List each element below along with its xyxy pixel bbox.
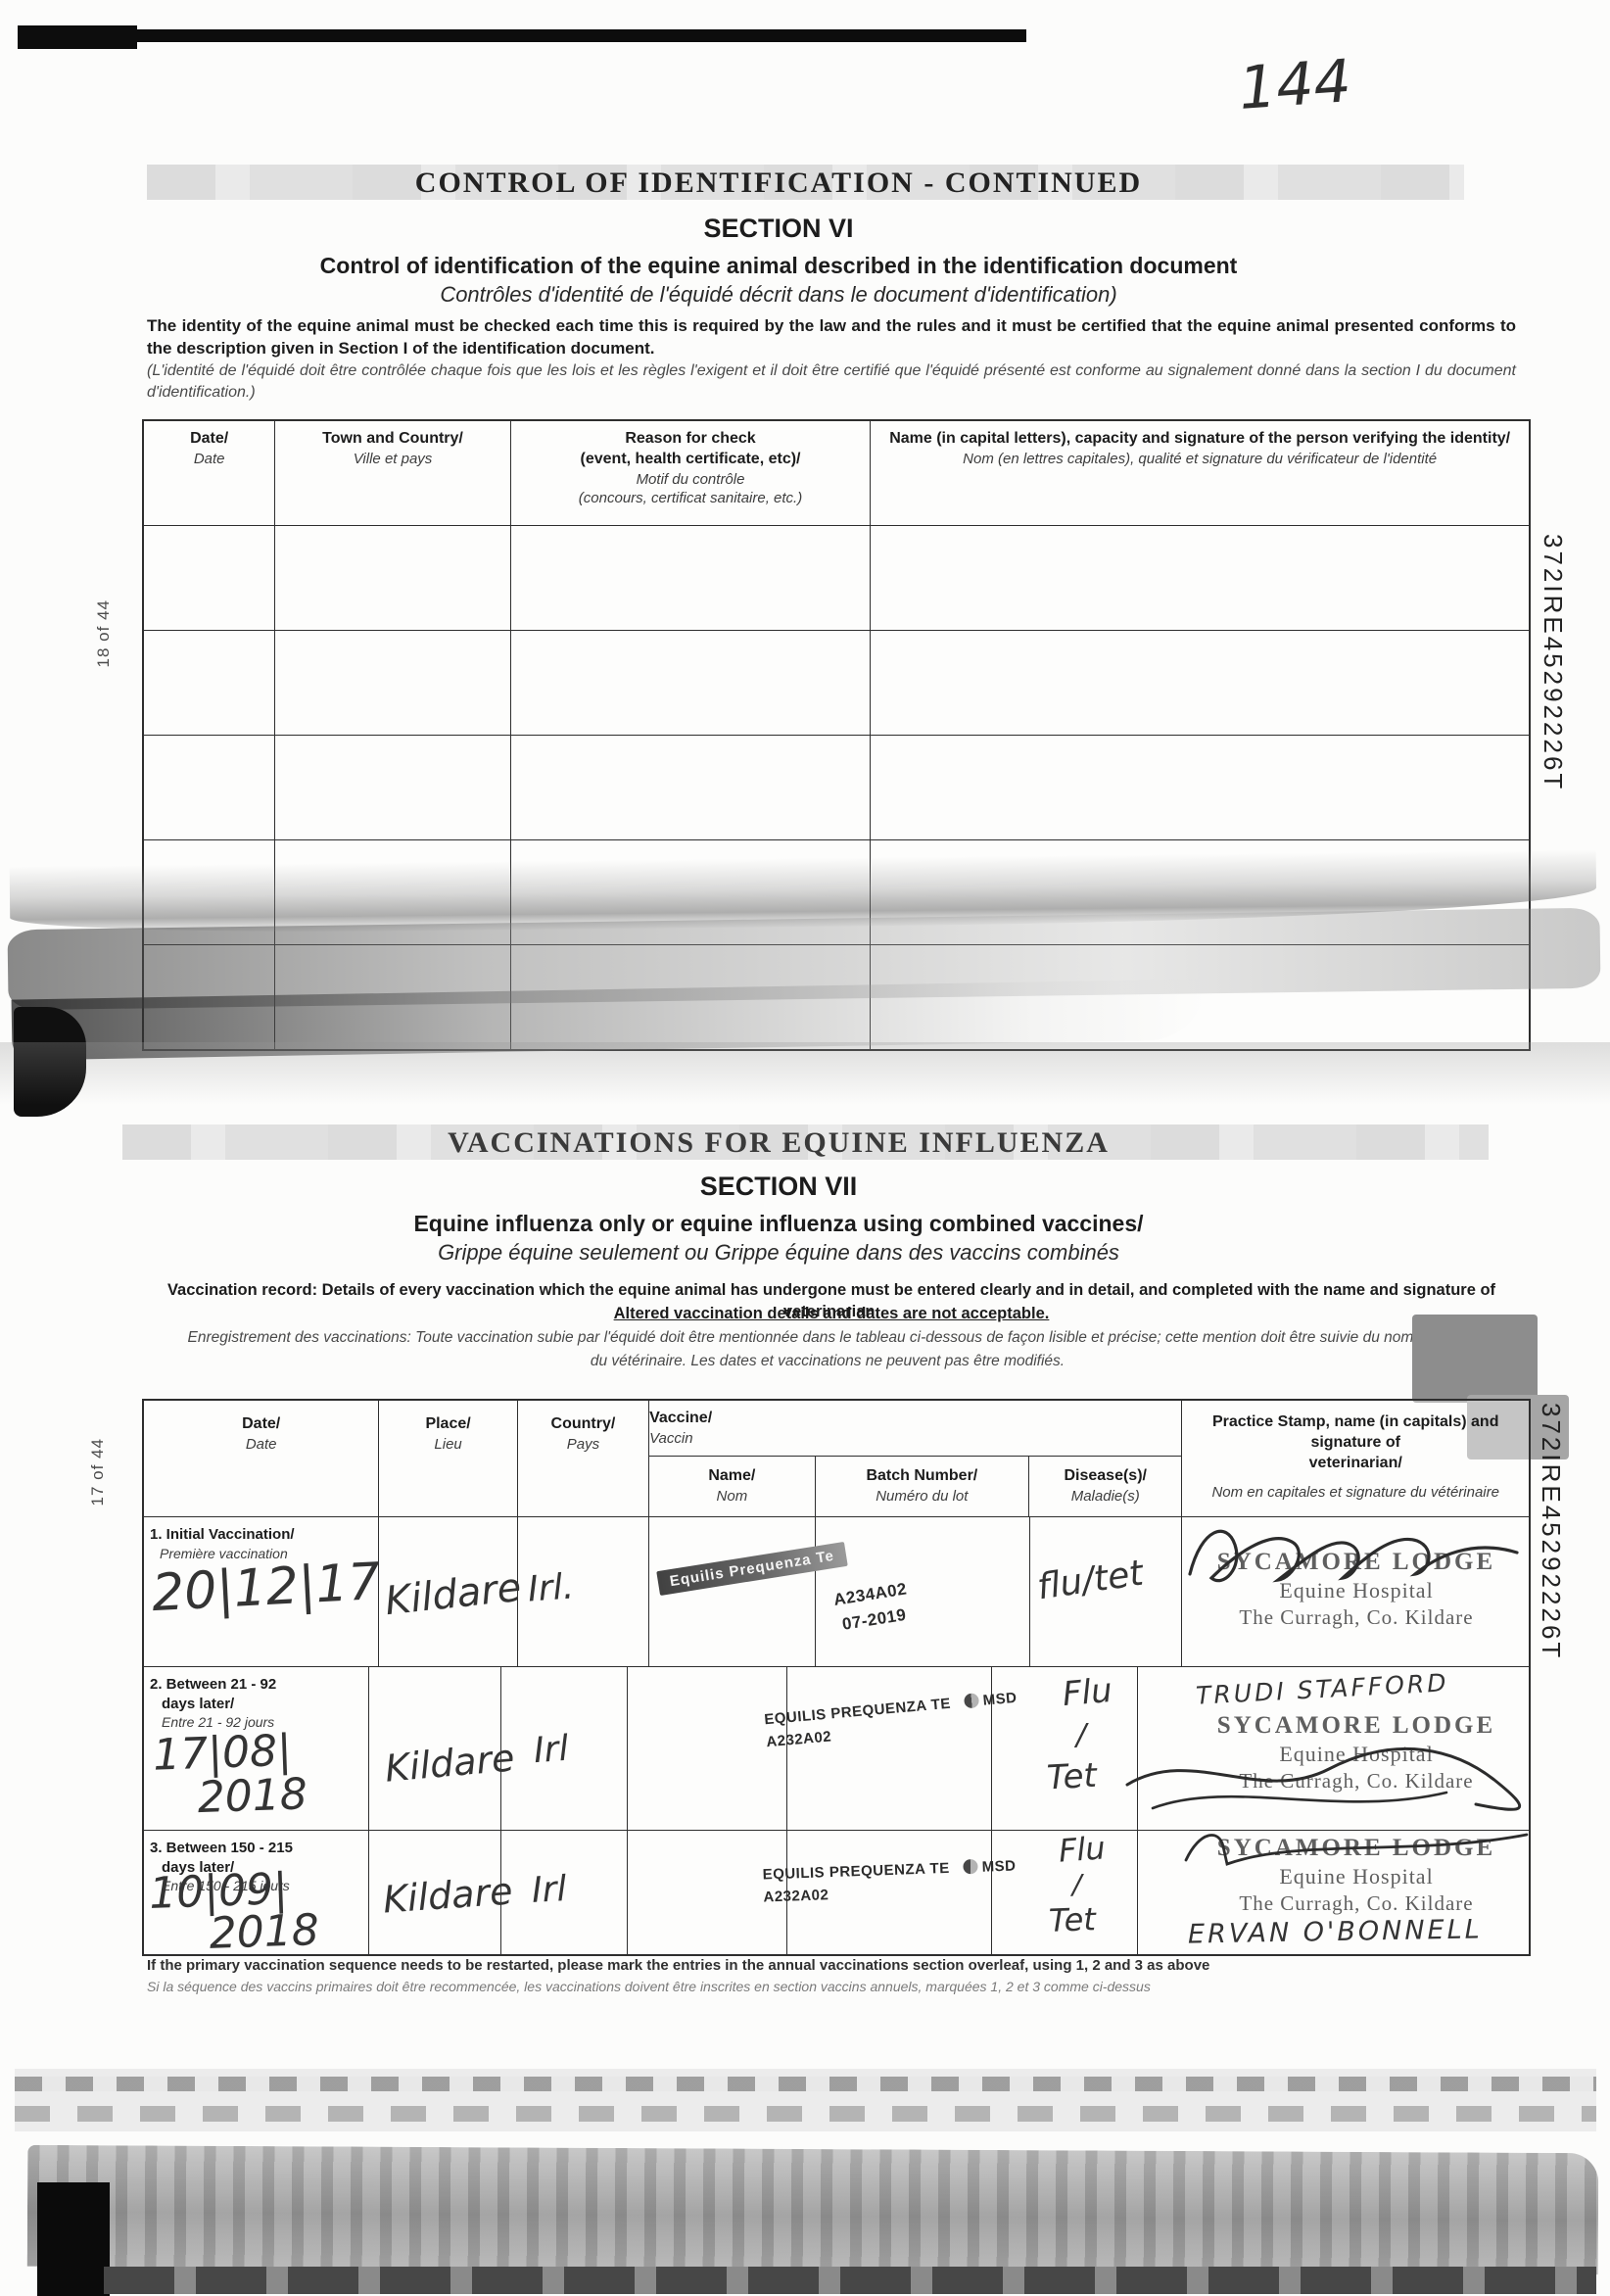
sec6-header-row: Date/ Date Town and Country/ Ville et pa… [144,421,1529,525]
row3-disease-flu: Flu [1058,1829,1107,1869]
sec6-intro-fr: (L'identité de l'équidé doit être contrô… [147,360,1516,403]
sec7-hdr-stamp-en2: veterinarian/ [1188,1454,1523,1474]
row3-vaccine-sticker-text: EQUILIS PREQUENZA TEMSD A232A02 [762,1855,1017,1908]
row3-label-l1: 3. Between 150 - 215 [150,1839,362,1858]
sec7-vaccination-table: Date/ Date Place/ Lieu Country/ Pays Vac… [142,1399,1531,1956]
empty-cell [275,526,510,630]
sec6-hdr-date-fr: Date [150,450,268,469]
empty-cell [871,526,1529,630]
row1-date-handwriting: 20|12|17 [151,1553,382,1623]
empty-cell [144,945,275,1049]
sec6-control-table: Date/ Date Town and Country/ Ville et pa… [142,419,1531,1051]
row2-disease-slash: / [1076,1718,1086,1752]
row2-stamp-line1: SYCAMORE LODGE [1190,1710,1523,1741]
sec6-section-label: SECTION VI [118,214,1440,244]
row3-country-handwriting: Irl [531,1869,568,1911]
empty-cell [511,945,872,1049]
empty-cell [275,736,510,839]
sec7-section-label: SECTION VII [118,1172,1440,1202]
sec6-hdr-date-en: Date/ [150,429,268,450]
sec6-col-town: Town and Country/ Ville et pays [275,421,510,525]
sec6-title-en: Control of identification of the equine … [118,253,1440,279]
sec7-hdr-batch-en: Batch Number/ [822,1466,1022,1487]
empty-cell [871,840,1529,944]
sec7-hdr-batch-fr: Numéro du lot [822,1487,1022,1507]
sec7-hdr-stamp-fr: Nom en capitales et signature du vétérin… [1188,1483,1523,1503]
row3-disease-tet: Tet [1048,1900,1096,1939]
sec6-hdr-reason-l1: Reason for check [517,429,865,450]
sec6-empty-row [144,735,1529,839]
sec7-hdr-place-fr: Lieu [385,1435,510,1455]
sec7-col-name: Name/ Nom [649,1457,816,1516]
row3-stamp-line3: The Curragh, Co. Kildare [1190,1890,1523,1916]
empty-cell [144,526,275,630]
sec7-intro-en-2: Altered vaccination details and dates ar… [147,1303,1516,1324]
row2-practice-stamp: SYCAMORE LODGE Equine Hospital The Curra… [1190,1710,1523,1794]
row2-date-handwriting: 17|08| 2018 [152,1725,308,1824]
sec7-col-place: Place/ Lieu [379,1401,517,1516]
row1-label-en: 1. Initial Vaccination/ [150,1525,372,1545]
sec6-empty-row [144,525,1529,630]
sec7-hdr-date-fr: Date [150,1435,372,1455]
vaccination-row-2: 2. Between 21 - 92 days later/ Entre 21 … [144,1666,1529,1830]
scan-artifact-bottom-strip [104,2267,1596,2294]
row3-msd-label: MSD [981,1857,1016,1875]
vaccination-row-1: 1. Initial Vaccination/ Première vaccina… [144,1516,1529,1666]
row3-disease-slash: / [1072,1868,1081,1900]
row2-label-l1: 2. Between 21 - 92 [150,1675,362,1695]
sec7-intro-fr-2: du vétérinaire. Les dates et vaccination… [147,1352,1508,1372]
row3-stamp-line1: SYCAMORE LODGE [1190,1833,1523,1863]
sec7-hdr-place-en: Place/ [385,1414,510,1435]
sec7-hdr-name-fr: Nom [655,1487,809,1507]
sec6-hdr-reason-l3: Motif du contrôle [517,470,865,490]
sec7-title-fr: Grippe équine seulement ou Grippe équine… [118,1240,1440,1266]
row2-country-handwriting: Irl [533,1729,570,1771]
empty-cell [511,526,872,630]
sec6-side-document-code: 372IRE45292226T [1538,534,1568,791]
sec7-col-country: Country/ Pays [518,1401,649,1516]
sec6-hdr-reason-l4: (concours, certificat sanitaire, etc.) [517,489,865,508]
row3-practice-stamp: SYCAMORE LODGE Equine Hospital The Curra… [1190,1833,1523,1916]
scan-artifact-bottom-band-1 [15,2069,1596,2131]
sec6-empty-row [144,630,1529,735]
msd-logo-icon [964,1693,979,1708]
row1-stamp-line1: SYCAMORE LODGE [1190,1547,1523,1577]
empty-cell [144,631,275,735]
empty-cell [871,631,1529,735]
row2-disease-flu: Flu [1061,1671,1113,1714]
sec6-hdr-town-en: Town and Country/ [281,429,503,450]
row3-vet-name-handwriting: ERVAN O'BONNELL [1188,1914,1483,1949]
vaccination-row-3: 3. Between 150 - 215 days later/ Entre 1… [144,1830,1529,1954]
sec7-banner-title: VACCINATIONS FOR EQUINE INFLUENZA [118,1126,1440,1160]
row1-stamp-line2: Equine Hospital [1190,1577,1523,1604]
scan-artifact-bottom-band-2 [27,2145,1599,2274]
row1-practice-stamp: SYCAMORE LODGE Equine Hospital The Curra… [1190,1547,1523,1630]
empty-cell [871,945,1529,1049]
row1-country-handwriting: Irl. [527,1566,576,1609]
sec6-empty-row [144,944,1529,1049]
row3-date-handwriting: 10|09| 2018 [148,1863,319,1961]
scan-artifact-curl-fade [0,1042,1610,1105]
sec7-hdr-country-en: Country/ [524,1414,642,1435]
row2-stamp-line3: The Curragh, Co. Kildare [1190,1768,1523,1794]
sec6-banner-title: CONTROL OF IDENTIFICATION - CONTINUED [118,167,1440,200]
sec7-intro-fr-1: Enregistrement des vaccinations: Toute v… [147,1328,1508,1349]
empty-cell [275,840,510,944]
sec6-hdr-name-en: Name (in capital letters), capacity and … [876,429,1523,450]
empty-cell [511,631,872,735]
sec7-side-page-indicator: 17 of 44 [88,1438,108,1506]
sec6-side-page-indicator: 18 of 44 [94,599,114,667]
row2-vaccine-name-cell [628,1667,786,1830]
sec7-hdr-date-en: Date/ [150,1414,372,1435]
row2-stamp-line2: Equine Hospital [1190,1741,1523,1768]
sec7-col-date: Date/ Date [144,1401,379,1516]
sec7-col-batch: Batch Number/ Numéro du lot [816,1457,1029,1516]
sec7-col-stamp: Practice Stamp, name (in capitals) and s… [1182,1401,1529,1516]
sec7-hdr-stamp-en: Practice Stamp, name (in capitals) and s… [1188,1412,1523,1454]
row3-stamp-line2: Equine Hospital [1190,1863,1523,1890]
sec7-hdr-vaccine-en: Vaccine/ [649,1409,1181,1429]
sec7-header-row: Date/ Date Place/ Lieu Country/ Pays Vac… [144,1401,1529,1516]
sec7-footnote-en: If the primary vaccination sequence need… [147,1957,1420,1974]
msd-logo-icon [963,1859,978,1875]
sec7-hdr-disease-fr: Maladie(s) [1035,1487,1175,1507]
scan-artifact-top-bar [18,29,1026,42]
sec7-hdr-name-en: Name/ [655,1466,809,1487]
sec7-hdr-vaccine-fr: Vaccin [649,1429,1181,1449]
scan-artifact-curl-black [14,1007,86,1117]
sec7-side-document-code: 372IRE45292226T [1536,1403,1566,1660]
empty-cell [275,631,510,735]
sec6-intro-en: The identity of the equine animal must b… [147,315,1516,360]
sec6-title-fr: Contrôles d'identité de l'équidé décrit … [118,282,1440,308]
empty-cell [144,736,275,839]
handwritten-page-number: 144 [1237,47,1353,123]
sec7-vaccine-subheaders: Name/ Nom Batch Number/ Numéro du lot Di… [649,1457,1181,1516]
sec7-hdr-country-fr: Pays [524,1435,642,1455]
empty-cell [275,945,510,1049]
sec7-hdr-disease-en: Disease(s)/ [1035,1466,1175,1487]
sec7-footnote-fr: Si la séquence des vaccins primaires doi… [147,1979,1420,1994]
sec7-title-en: Equine influenza only or equine influenz… [118,1211,1440,1237]
sec6-hdr-town-fr: Ville et pays [281,450,503,469]
sec6-col-date: Date/ Date [144,421,275,525]
empty-cell [511,840,872,944]
row3-place-handwriting: Kildare [382,1869,514,1921]
sec7-col-disease: Disease(s)/ Maladie(s) [1029,1457,1181,1516]
sec6-empty-row [144,839,1529,944]
row1-stamp-line3: The Curragh, Co. Kildare [1190,1604,1523,1630]
row2-disease-tet: Tet [1046,1756,1098,1798]
empty-cell [511,736,872,839]
sec6-col-reason: Reason for check (event, health certific… [511,421,872,525]
sec6-hdr-name-fr: Nom (en lettres capitales), qualité et s… [876,450,1523,469]
empty-cell [144,840,275,944]
sec6-col-name: Name (in capital letters), capacity and … [871,421,1529,525]
row3-vaccine-name: EQUILIS PREQUENZA TE [762,1860,950,1884]
sec6-hdr-reason-l2: (event, health certificate, etc)/ [517,450,865,470]
empty-cell [871,736,1529,839]
scanned-passport-page: 144 CONTROL OF IDENTIFICATION - CONTINUE… [0,0,1610,2296]
scan-artifact-top-left [18,25,137,49]
row2-msd-label: MSD [982,1690,1018,1709]
sec7-vaccine-header: Vaccine/ Vaccin [649,1401,1181,1457]
row2-label-l2: days later/ [150,1695,362,1714]
sec7-col-vaccine-group: Vaccine/ Vaccin Name/ Nom Batch Number/ … [649,1401,1182,1516]
scan-artifact-bottom-black-block [37,2182,110,2296]
